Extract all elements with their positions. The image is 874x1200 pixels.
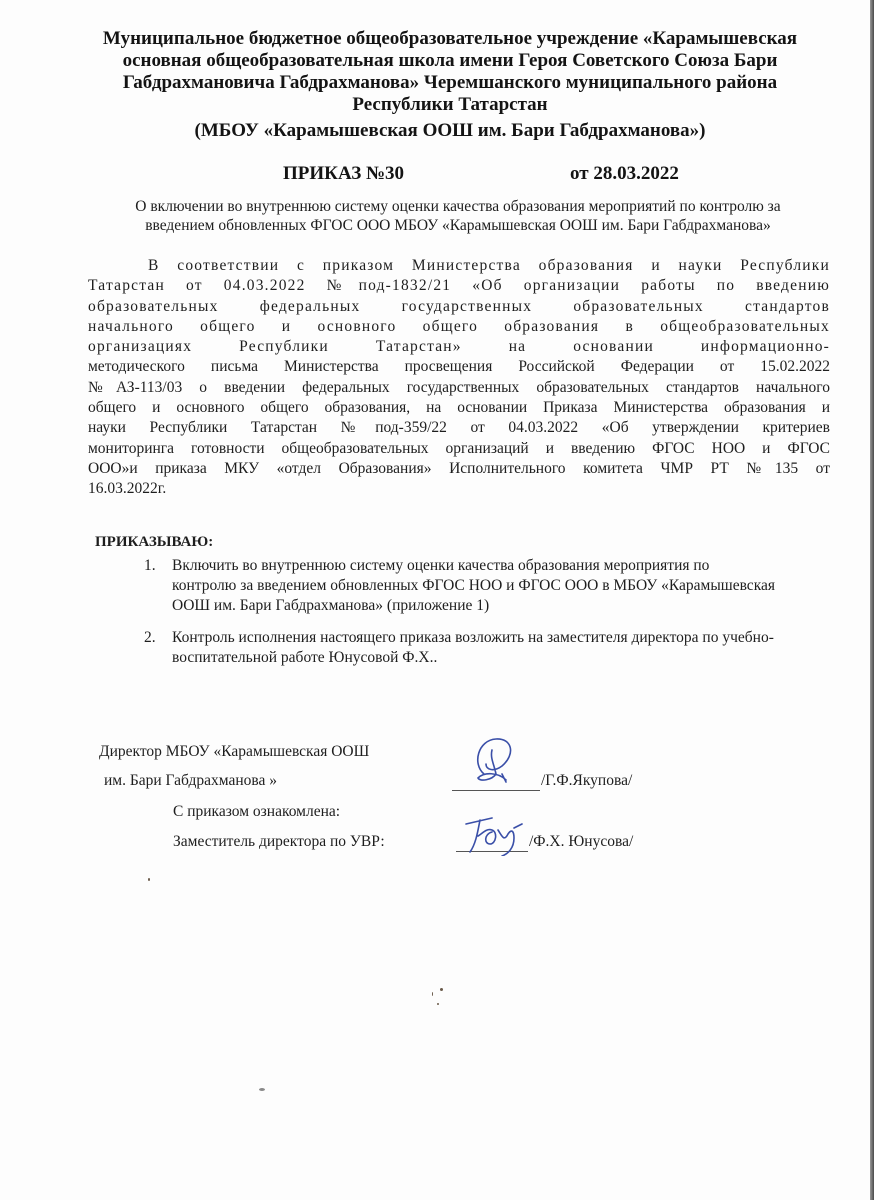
header-line: Республики Татарстан — [70, 94, 830, 116]
scan-speck — [437, 1003, 439, 1005]
order-subject: О включении во внутреннюю систему оценки… — [78, 197, 838, 235]
preamble-line: методического письма Министерства просве… — [88, 357, 830, 377]
preamble-line: общего и основного общего образования, н… — [88, 398, 830, 418]
header-line: Муниципальное бюджетное общеобразователь… — [70, 28, 830, 50]
institution-header: Муниципальное бюджетное общеобразователь… — [70, 28, 830, 142]
director-title-line1: Директор МБОУ «Карамышевская ООШ — [99, 742, 369, 762]
subject-line: О включении во внутреннюю систему оценки… — [78, 197, 838, 216]
preamble-line: начального общего и основного общего обр… — [88, 317, 830, 337]
directive-list: 1. Включить во внутреннюю систему оценки… — [124, 556, 844, 680]
directive-item: 1. Включить во внутреннюю систему оценки… — [124, 556, 844, 616]
deputy-signature-icon — [458, 814, 534, 856]
scan-speck — [440, 988, 443, 991]
item-number: 2. — [144, 628, 156, 648]
preamble-line: мониторинга готовности общеобразовательн… — [88, 439, 830, 459]
preamble-line: организациях Республики Татарстан» на ос… — [88, 337, 830, 357]
header-line: Габдрахмановича Габдрахманова» Черемшанс… — [70, 72, 830, 94]
scan-edge-strip — [870, 0, 874, 1200]
order-number: ПРИКАЗ №30 — [283, 163, 404, 185]
director-title-line2: им. Бари Габдрахманова » — [104, 771, 277, 791]
preamble-line: В соответствии с приказом Министерства о… — [88, 256, 830, 276]
deputy-title: Заместитель директора по УВР: — [173, 832, 385, 852]
item-line: Включить во внутреннюю систему оценки ка… — [172, 556, 844, 576]
scan-speck — [148, 878, 150, 881]
order-date: от 28.03.2022 — [570, 163, 679, 185]
directive-item: 2. Контроль исполнения настоящего приказ… — [124, 628, 844, 668]
acknowledgement-label: С приказом ознакомлена: — [173, 802, 340, 822]
item-line: контролю за введением обновленных ФГОС Н… — [172, 576, 844, 596]
preamble-line: Татарстан от 04.03.2022 №под-1832/21 «Об… — [88, 276, 830, 296]
scan-speck — [432, 992, 433, 996]
preamble-line: науки Республики Татарстан №под-359/22 о… — [88, 418, 830, 438]
preamble-line: ООО»и приказа МКУ «отдел Образования» Ис… — [88, 459, 830, 479]
director-name: /Г.Ф.Якупова/ — [541, 771, 632, 791]
item-line: воспитательной работе Юнусовой Ф.Х.. — [172, 648, 844, 668]
header-line: основная общеобразовательная школа имени… — [70, 50, 830, 72]
director-signature-icon — [462, 734, 532, 792]
directive-heading: ПРИКАЗЫВАЮ: — [95, 534, 213, 551]
item-line: Контроль исполнения настоящего приказа в… — [172, 628, 844, 648]
document-page: Муниципальное бюджетное общеобразователь… — [0, 0, 874, 1200]
scan-speck — [259, 1088, 265, 1091]
subject-line: введением обновленных ФГОС ООО МБОУ «Кар… — [78, 216, 838, 235]
preamble-paragraph: В соответствии с приказом Министерства о… — [88, 256, 830, 500]
deputy-name: /Ф.Х. Юнусова/ — [529, 832, 633, 852]
institution-abbreviation: (МБОУ «Карамышевская ООШ им. Бари Габдра… — [70, 120, 830, 142]
preamble-line: 16.03.2022г. — [88, 479, 830, 499]
preamble-line: №АЗ-113/03 о введении федеральных госуда… — [88, 378, 830, 398]
preamble-line: образовательных федеральных государствен… — [88, 297, 830, 317]
item-line: ООШ им. Бари Габдрахманова» (приложение … — [172, 596, 844, 616]
item-number: 1. — [144, 556, 156, 576]
